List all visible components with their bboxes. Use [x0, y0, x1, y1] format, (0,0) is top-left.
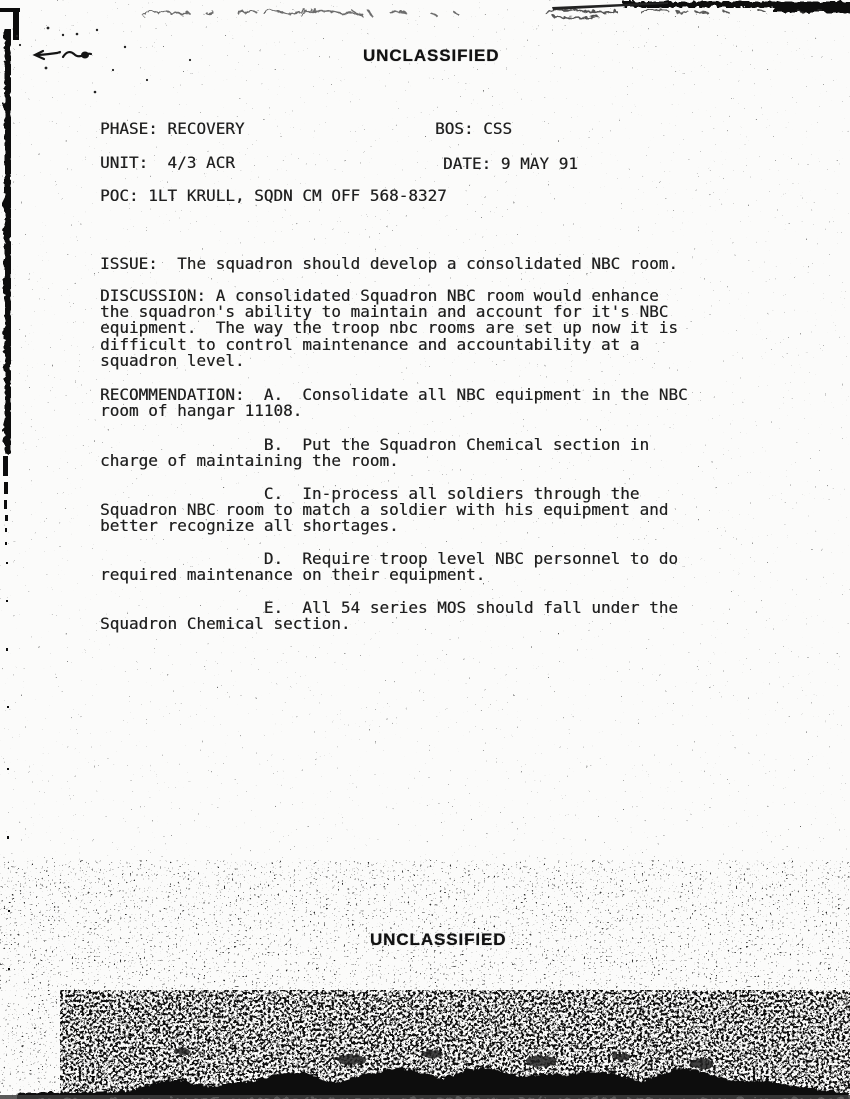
recommendation-item-c: C. In-process all soldiers through the S… [100, 486, 668, 535]
date-field: DATE: 9 MAY 91 [443, 156, 578, 172]
left-edge-scan-bar [0, 8, 20, 970]
discussion-paragraph: DISCUSSION: A consolidated Squadron NBC … [100, 288, 678, 369]
issue-paragraph: ISSUE: The squadron should develop a con… [100, 256, 678, 272]
phase-field: PHASE: RECOVERY [100, 121, 245, 137]
classification-banner-top: UNCLASSIFIED [363, 46, 499, 66]
scanned-memo-page: UNCLASSIFIED PHASE: RECOVERY BOS: CSS UN… [0, 0, 850, 1099]
unit-field: UNIT: 4/3 ACR [100, 155, 235, 171]
pen-mark-squiggle [63, 52, 91, 59]
bos-field: BOS: CSS [435, 121, 512, 137]
recommendation-item-e: E. All 54 series MOS should fall under t… [100, 600, 678, 632]
pen-mark-arrow [35, 51, 60, 59]
recommendation-item-a: RECOMMENDATION: A. Consolidate all NBC e… [100, 387, 688, 419]
recommendation-item-d: D. Require troop level NBC personnel to … [100, 551, 678, 583]
pen-dot-specks [16, 27, 191, 94]
classification-banner-bottom: UNCLASSIFIED [370, 930, 506, 950]
top-smudge-marks [142, 8, 821, 17]
top-edge-scan-bar [552, 0, 850, 11]
bottom-edge-toner-blobs [0, 1046, 850, 1099]
recommendation-item-b: B. Put the Squadron Chemical section in … [100, 437, 649, 469]
poc-field: POC: 1LT KRULL, SQDN CM OFF 568-8327 [100, 188, 447, 204]
